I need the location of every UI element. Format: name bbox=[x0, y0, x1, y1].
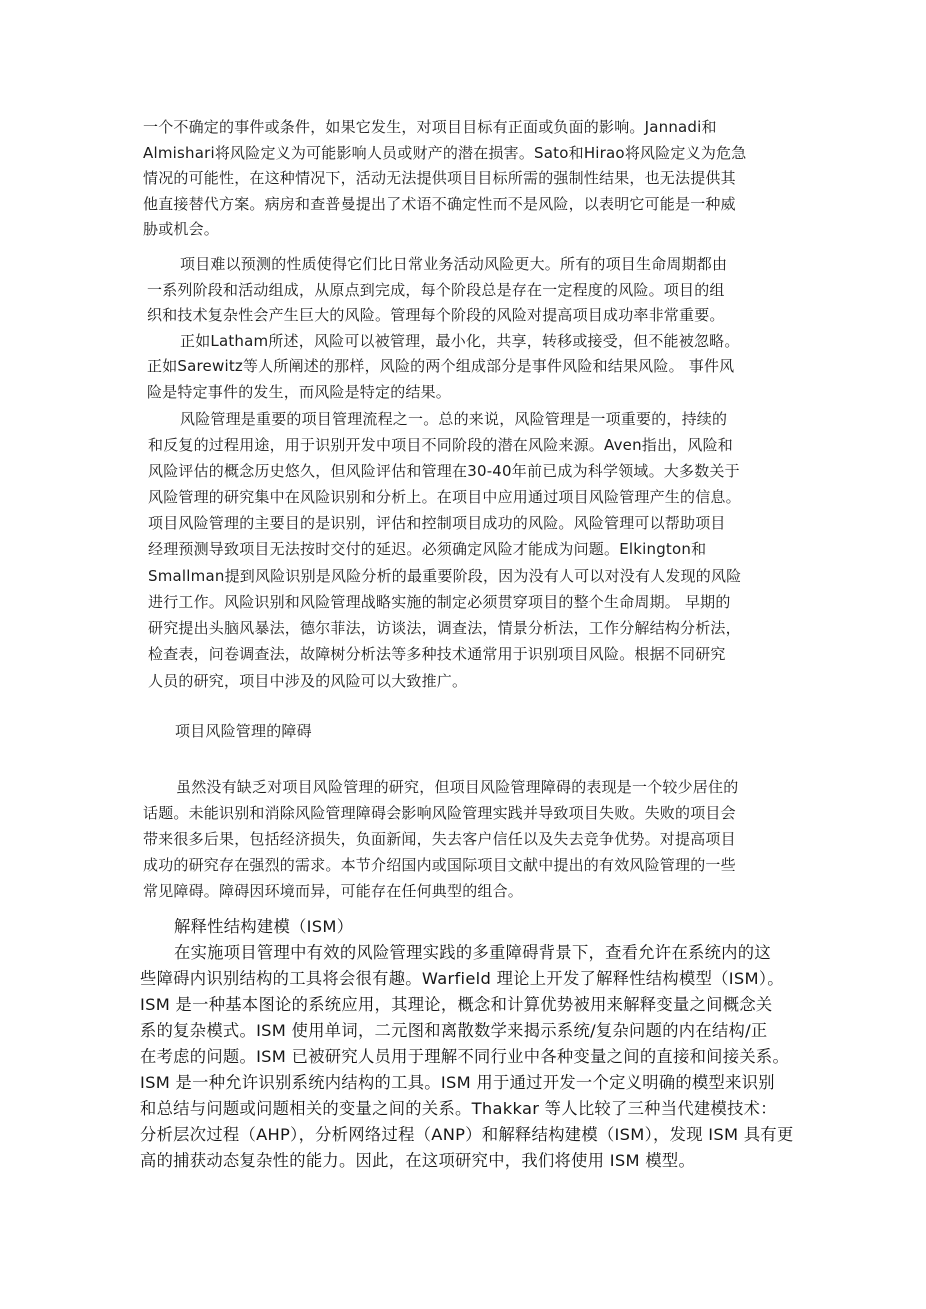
text-line: 情况的可能性，在这种情况下，活动无法提供项目目标所需的强制性结果，也无法提供其 bbox=[143, 168, 736, 188]
text-line: 人员的研究，项目中涉及的风险可以大致推广。 bbox=[148, 671, 467, 691]
text-line: Almishari将风险定义为可能影响人员或财产的潜在损害。Sato和Hirao… bbox=[143, 143, 746, 163]
text-line: 正如Sarewitz等人所阐述的那样，风险的两个组成部分是事件风险和结果风险。 … bbox=[147, 356, 734, 376]
text-line: 和反复的过程用途，用于识别开发中项目不同阶段的潜在风险来源。Aven指出，风险和 bbox=[148, 435, 733, 455]
text-line: 进行工作。风险识别和风险管理战略实施的制定必须贯穿项目的整个生命周期。 早期的 bbox=[148, 592, 731, 612]
text-line: 险是特定事件的发生，而风险是特定的结果。 bbox=[147, 382, 451, 402]
text-line: 虽然没有缺乏对项目风险管理的研究，但项目风险管理障碍的表现是一个较少居住的 bbox=[176, 777, 738, 797]
text-line: Smallman提到风险识别是风险分析的最重要阶段，因为没有人可以对没有人发现的… bbox=[148, 566, 741, 586]
text-line: 一个不确定的事件或条件，如果它发生，对项目目标有正面或负面的影响。Jannadi… bbox=[143, 117, 717, 137]
text-line: 他直接替代方案。病房和查普曼提出了术语不确定性而不是风险，以表明它可能是一种威 bbox=[143, 194, 736, 214]
text-line: 些障碍内识别结构的工具将会很有趣。Warfield 理论上开发了解释性结构模型（… bbox=[140, 969, 784, 989]
section-heading-barriers: 项目风险管理的障碍 bbox=[175, 721, 312, 741]
section-heading-ism: 解释性结构建模（ISM） bbox=[174, 917, 353, 937]
text-line: 正如Latham所述，风险可以被管理，最小化，共享，转移或接受，但不能被忽略。 bbox=[180, 331, 740, 351]
document-page: 一个不确定的事件或条件，如果它发生，对项目目标有正面或负面的影响。Jannadi… bbox=[0, 0, 926, 1309]
text-line: 和总结与问题或问题相关的变量之间的关系。Thakkar 等人比较了三种当代建模技… bbox=[140, 1099, 777, 1119]
text-line: 分析层次过程（AHP），分析网络过程（ANP）和解释结构建模（ISM），发现 I… bbox=[140, 1125, 794, 1145]
text-line: 常见障碍。障碍因环境而异，可能存在任何典型的组合。 bbox=[143, 881, 523, 901]
text-line: 风险管理的研究集中在风险识别和分析上。在项目中应用通过项目风险管理产生的信息。 bbox=[148, 487, 741, 507]
text-line: 系的复杂模式。ISM 使用单词，二元图和离散数学来揭示系统/复杂问题的内在结构/… bbox=[140, 1021, 767, 1041]
text-line: 检查表，问卷调查法，故障树分析法等多种技术通常用于识别项目风险。根据不同研究 bbox=[148, 644, 726, 664]
text-line: 经理预测导致项目无法按时交付的延迟。必须确定风险才能成为问题。Elkington… bbox=[148, 539, 706, 559]
text-line: ISM 是一种基本图论的系统应用，其理论，概念和计算优势被用来解释变量之间概念关 bbox=[140, 995, 773, 1015]
text-line: 带来很多后果，包括经济损失，负面新闻，失去客户信任以及失去竞争优势。对提高项目 bbox=[143, 829, 736, 849]
text-line: ISM 是一种允许识别系统内结构的工具。ISM 用于通过开发一个定义明确的模型来… bbox=[140, 1073, 775, 1093]
text-line: 话题。未能识别和消除风险管理障碍会影响风险管理实践并导致项目失败。失败的项目会 bbox=[143, 803, 736, 823]
text-line: 研究提出头脑风暴法，德尔菲法，访谈法，调查法，情景分析法，工作分解结构分析法， bbox=[148, 618, 741, 638]
text-line: 风险评估的概念历史悠久，但风险评估和管理在30-40年前已成为科学领域。大多数关… bbox=[148, 461, 740, 481]
text-line: 织和技术复杂性会产生巨大的风险。管理每个阶段的风险对提高项目成功率非常重要。 bbox=[147, 305, 725, 325]
text-line: 一系列阶段和活动组成，从原点到完成，每个阶段总是存在一定程度的风险。项目的组 bbox=[147, 280, 725, 300]
text-line: 高的捕获动态复杂性的能力。因此，在这项研究中，我们将使用 ISM 模型。 bbox=[140, 1151, 695, 1171]
text-line: 项目难以预测的性质使得它们比日常业务活动风险更大。所有的项目生命周期都由 bbox=[180, 254, 727, 274]
text-line: 胁或机会。 bbox=[143, 219, 219, 239]
text-line: 项目风险管理的主要目的是识别，评估和控制项目成功的风险。风险管理可以帮助项目 bbox=[148, 513, 726, 533]
text-line: 成功的研究存在强烈的需求。本节介绍国内或国际项目文献中提出的有效风险管理的一些 bbox=[143, 855, 736, 875]
text-line: 在考虑的问题。ISM 已被研究人员用于理解不同行业中各种变量之间的直接和间接关系… bbox=[140, 1047, 789, 1067]
text-line: 风险管理是重要的项目管理流程之一。总的来说，风险管理是一项重要的，持续的 bbox=[180, 409, 727, 429]
text-line: 在实施项目管理中有效的风险管理实践的多重障碍背景下，查看允许在系统内的这 bbox=[174, 943, 771, 963]
